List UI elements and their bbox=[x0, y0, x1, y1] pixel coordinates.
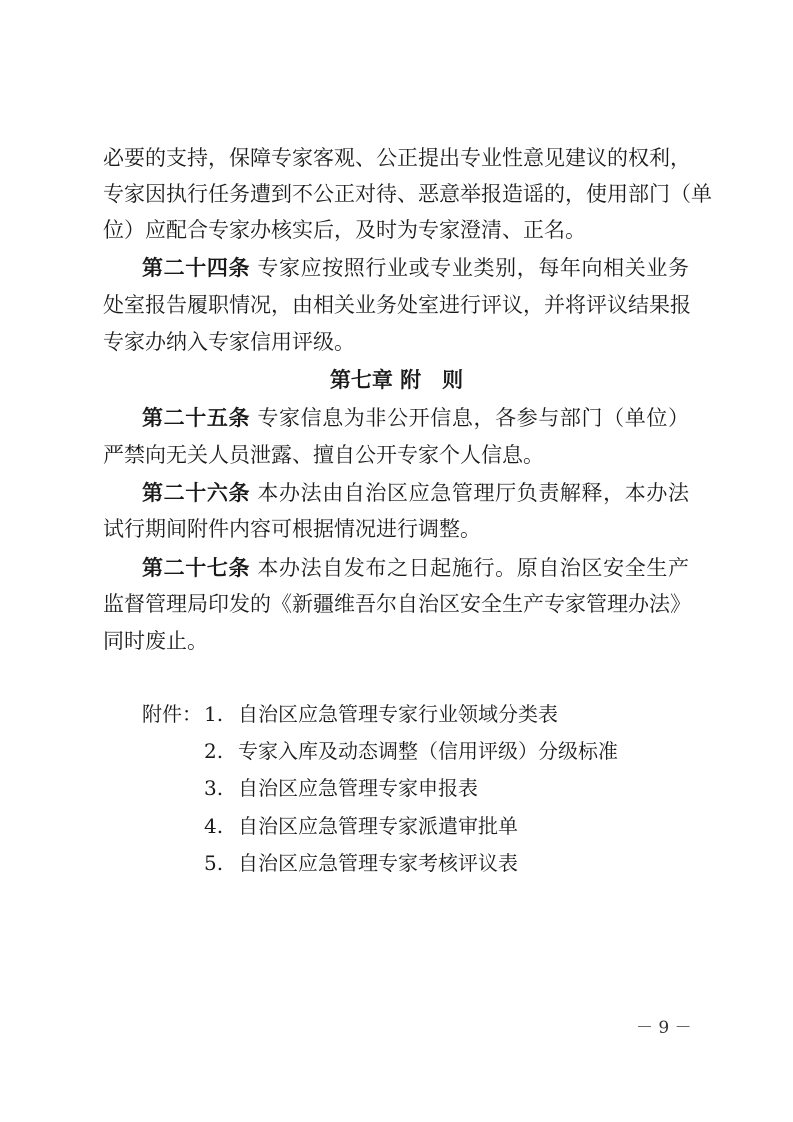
attachment-number: 3. bbox=[204, 775, 238, 801]
article-24-line-3: 专家办纳入专家信用评级。 bbox=[103, 329, 689, 355]
paragraph-line: 专家因执行任务遭到不公正对待、恶意举报造谣的，使用部门（单 bbox=[103, 181, 689, 207]
article-24-line-2: 处室报告履职情况，由相关业务处室进行评议，并将评议结果报 bbox=[103, 292, 689, 318]
article-25-line-1: 第二十五条 专家信息为非公开信息，各参与部门（单位） bbox=[142, 405, 689, 431]
article-27-text: 本办法自发布之日起施行。原自治区安全生产 bbox=[257, 556, 689, 580]
attachment-number: 1. bbox=[204, 701, 238, 727]
article-26-heading: 第二十六条 bbox=[142, 481, 250, 505]
attachment-title: 自治区应急管理专家派遣审批单 bbox=[238, 814, 518, 838]
article-27-line-2: 监督管理局印发的《新疆维吾尔自治区安全生产专家管理办法》 bbox=[103, 591, 689, 617]
article-24-line-1: 第二十四条 专家应按照行业或专业类别，每年向相关业务 bbox=[142, 255, 689, 281]
article-26-text: 本办法由自治区应急管理厅负责解释，本办法 bbox=[257, 481, 689, 505]
attachment-number: 5. bbox=[204, 850, 238, 876]
document-page: 必要的支持，保障专家客观、公正提出专业性意见建议的权利， 专家因执行任务遭到不公… bbox=[0, 0, 793, 1122]
article-24-heading: 第二十四条 bbox=[142, 256, 250, 280]
article-27-line-3: 同时废止。 bbox=[103, 628, 689, 654]
chapter-title: 第七章 附 则 bbox=[0, 367, 793, 393]
article-25-text: 专家信息为非公开信息，各参与部门（单位） bbox=[257, 406, 689, 430]
article-25-heading: 第二十五条 bbox=[142, 406, 250, 430]
article-27-line-1: 第二十七条 本办法自发布之日起施行。原自治区安全生产 bbox=[142, 555, 689, 581]
article-25-line-2: 严禁向无关人员泄露、擅自公开专家个人信息。 bbox=[103, 442, 689, 468]
paragraph-line: 位）应配合专家办核实后，及时为专家澄清、正名。 bbox=[103, 217, 689, 243]
attachment-item: 5.自治区应急管理专家考核评议表 bbox=[204, 850, 518, 876]
attachment-item: 2.专家入库及动态调整（信用评级）分级标准 bbox=[204, 738, 618, 764]
article-27-heading: 第二十七条 bbox=[142, 556, 250, 580]
attachment-item: 4.自治区应急管理专家派遣审批单 bbox=[204, 813, 518, 839]
attachment-number: 2. bbox=[204, 738, 238, 764]
attachment-title: 自治区应急管理专家考核评议表 bbox=[238, 851, 518, 875]
page-number: － 9 － bbox=[636, 1018, 692, 1038]
article-24-text: 专家应按照行业或专业类别，每年向相关业务 bbox=[257, 256, 689, 280]
attachment-number: 4. bbox=[204, 813, 238, 839]
attachment-title: 自治区应急管理专家行业领域分类表 bbox=[238, 702, 558, 726]
article-26-line-2: 试行期间附件内容可根据情况进行调整。 bbox=[103, 516, 689, 542]
attachments-label: 附件： bbox=[142, 701, 202, 727]
attachment-title: 专家入库及动态调整（信用评级）分级标准 bbox=[238, 739, 618, 763]
article-26-line-1: 第二十六条 本办法由自治区应急管理厅负责解释，本办法 bbox=[142, 480, 689, 506]
attachment-title: 自治区应急管理专家申报表 bbox=[238, 776, 478, 800]
attachment-item: 1.自治区应急管理专家行业领域分类表 bbox=[204, 701, 558, 727]
paragraph-line: 必要的支持，保障专家客观、公正提出专业性意见建议的权利， bbox=[103, 145, 689, 171]
attachment-item: 3.自治区应急管理专家申报表 bbox=[204, 775, 478, 801]
